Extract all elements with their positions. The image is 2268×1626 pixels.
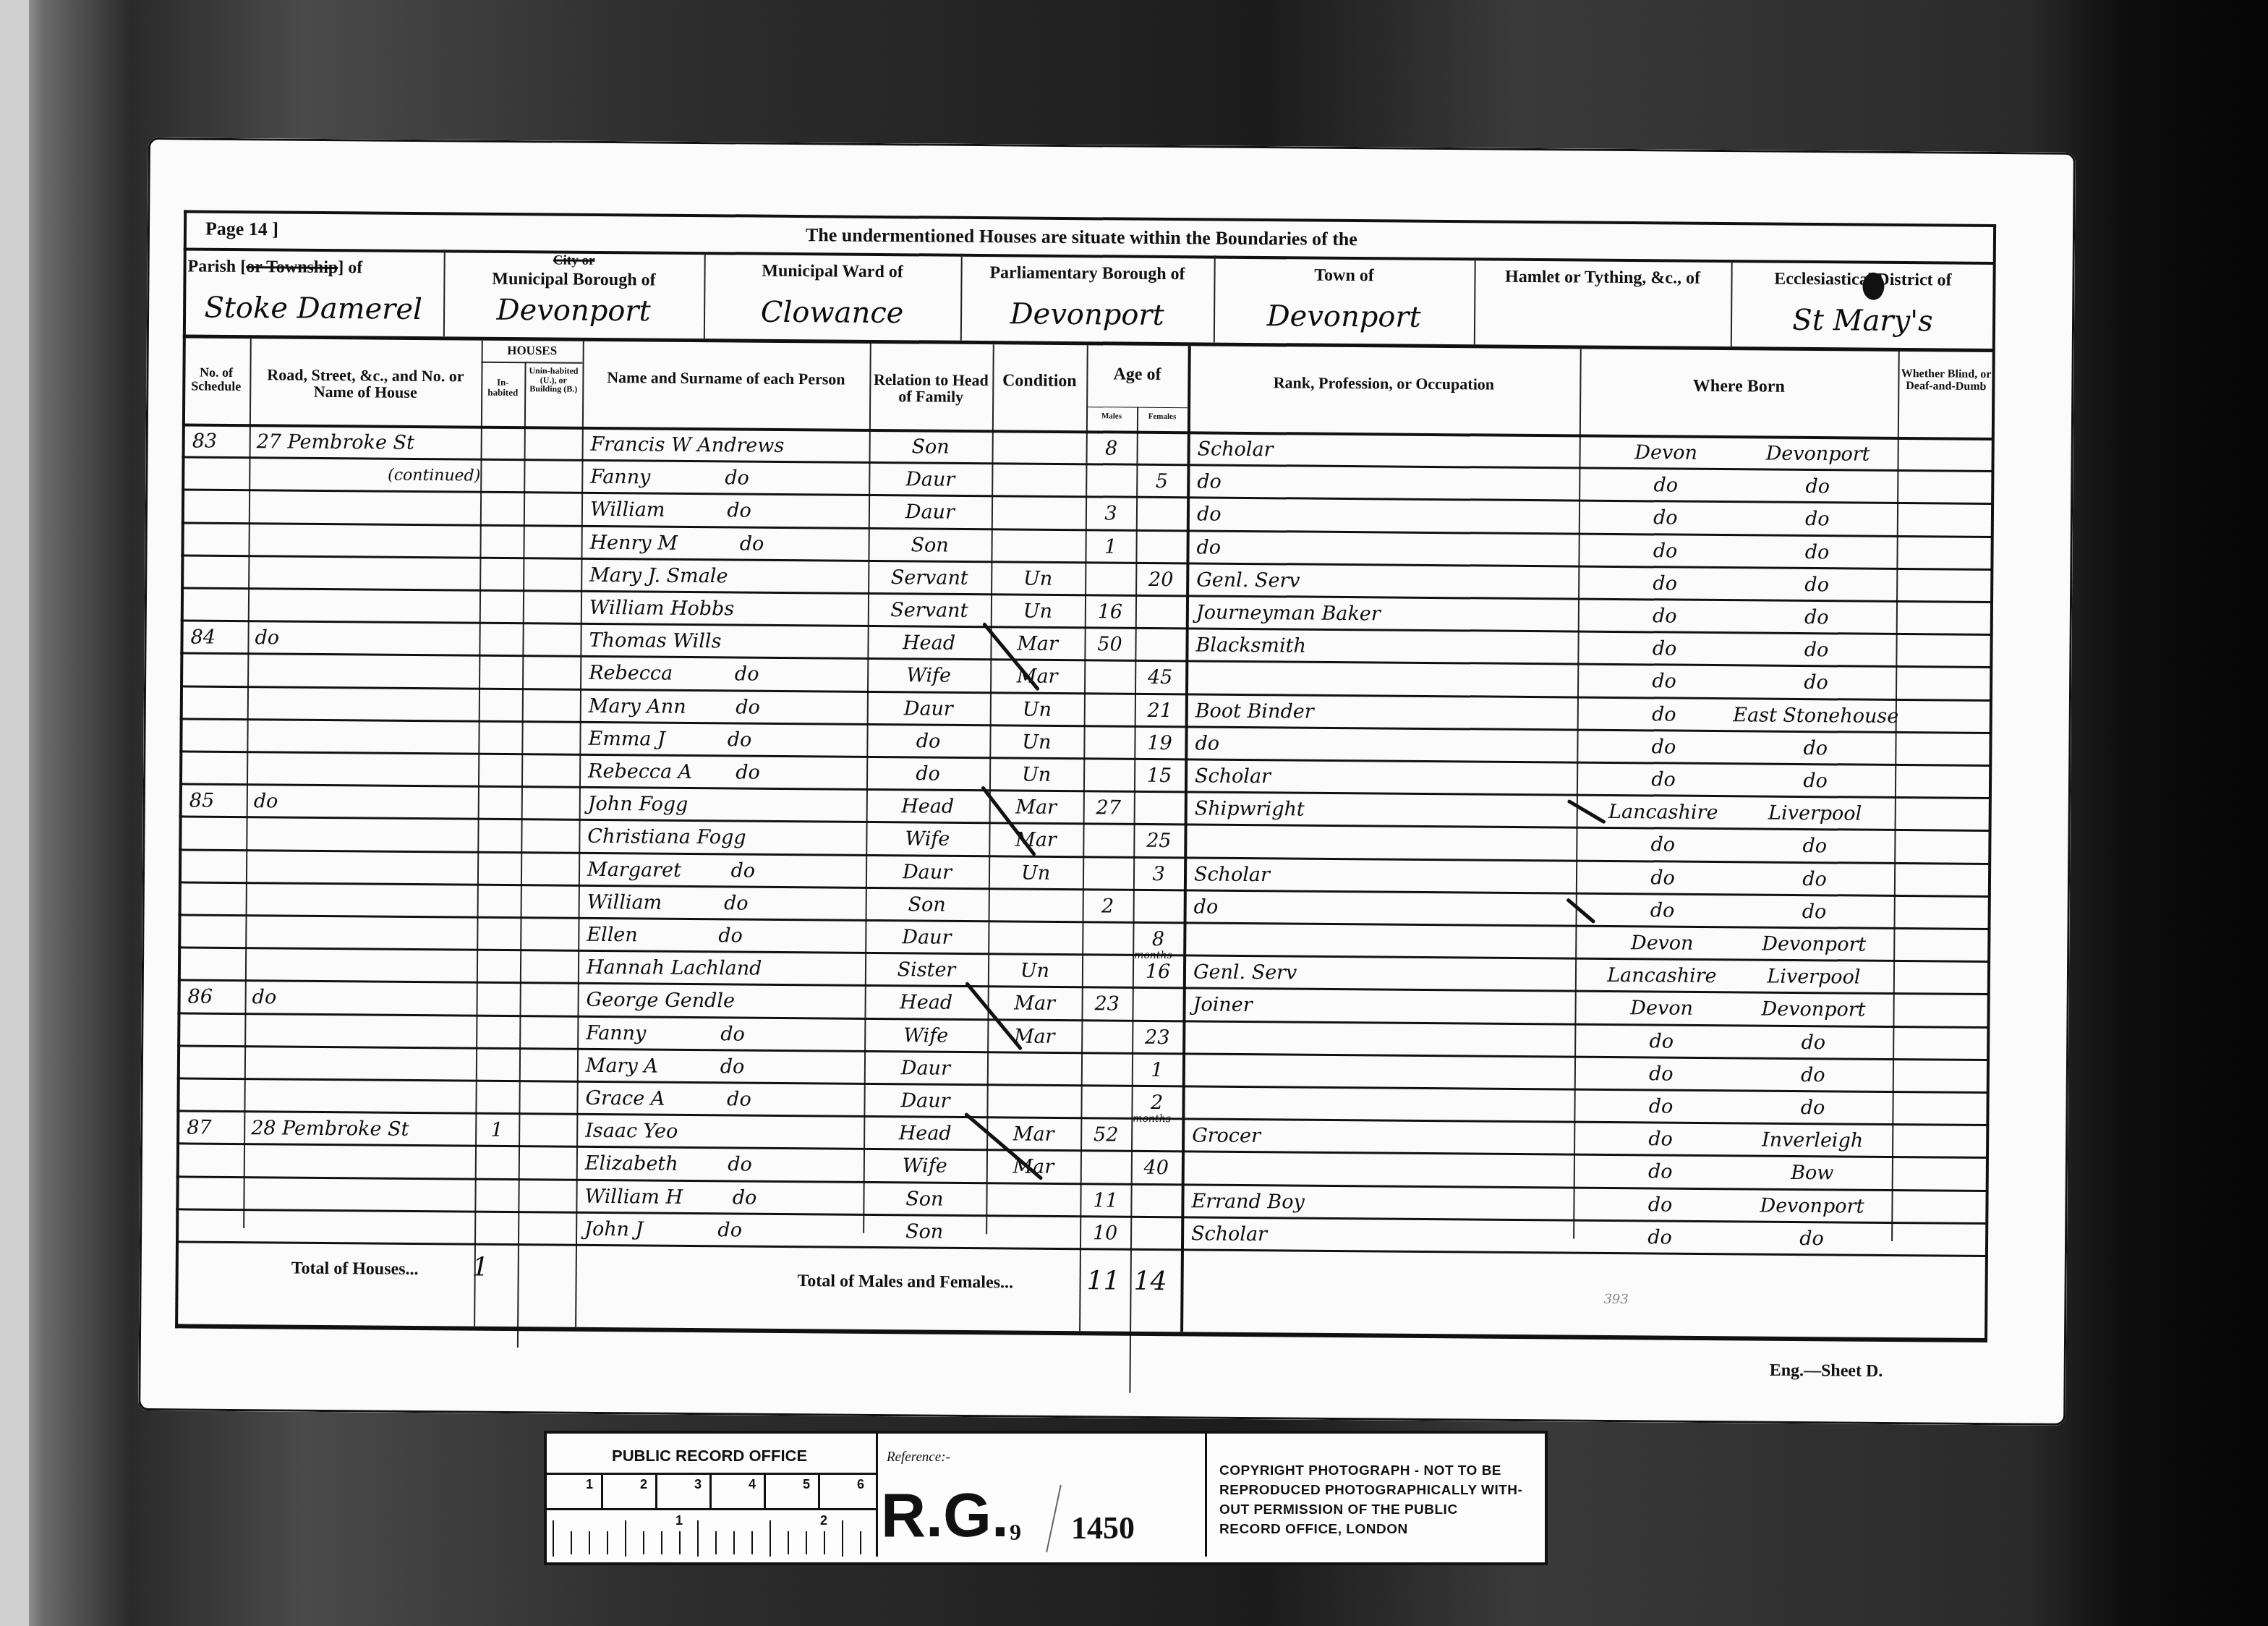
copyright-line: OUT PERMISSION OF THE PUBLIC bbox=[1219, 1500, 1522, 1520]
inhabited-cell bbox=[474, 1212, 518, 1244]
total-males-value: 11 bbox=[1086, 1266, 1120, 1295]
boundary-label: Municipal Borough of bbox=[448, 270, 699, 290]
total-females-value: 14 bbox=[1133, 1267, 1167, 1296]
schedule-cell bbox=[188, 948, 245, 982]
occupation-cell: Blacksmith bbox=[1195, 629, 1577, 665]
male-age-cell: 11 bbox=[1080, 1184, 1130, 1217]
road-cell bbox=[254, 720, 478, 754]
schedule-cell: 83 bbox=[192, 425, 250, 458]
female-age-cell: 23 bbox=[1132, 1021, 1182, 1054]
column-header-schedule: No. of Schedule bbox=[185, 365, 247, 393]
road-cell bbox=[255, 589, 479, 623]
female-age-cell bbox=[1135, 530, 1186, 563]
condition-cell: Mar bbox=[989, 791, 1083, 824]
scale-divider bbox=[655, 1474, 657, 1508]
birth-county-cell: do bbox=[1587, 1188, 1732, 1222]
name-cell: Mary J. Smale bbox=[589, 559, 868, 594]
boundary-value: Devonport bbox=[1228, 299, 1459, 335]
boundary-label: Parish [or Township] of bbox=[187, 257, 439, 278]
condition-cell bbox=[992, 497, 1086, 530]
birth-place-cell: do bbox=[1733, 1091, 1892, 1125]
relation-cell: Sister bbox=[865, 953, 988, 987]
ruler-tick bbox=[842, 1520, 843, 1557]
uninhabited-cell bbox=[521, 754, 579, 788]
occupation-cell: Journeyman Baker bbox=[1196, 596, 1578, 631]
pro-office-name: PUBLIC RECORD OFFICE bbox=[612, 1447, 807, 1465]
male-age-cell bbox=[1083, 726, 1134, 759]
birth-place-cell: do bbox=[1736, 666, 1896, 700]
inhabited-cell bbox=[478, 787, 521, 820]
inhabited-cell bbox=[479, 656, 522, 689]
road-cell bbox=[252, 916, 477, 950]
male-age-cell: 50 bbox=[1084, 628, 1135, 661]
birth-place-cell: do bbox=[1732, 1222, 1891, 1256]
condition-cell bbox=[988, 921, 1082, 955]
census-page: Page 14 ] The undermentioned Houses are … bbox=[138, 137, 2076, 1426]
inhabited-cell bbox=[476, 983, 519, 1016]
rule-top bbox=[184, 210, 1995, 227]
occupation-cell: Shipwright bbox=[1195, 793, 1577, 828]
road-cell bbox=[254, 752, 478, 786]
inhabited-cell bbox=[478, 721, 521, 754]
inhabited-cell bbox=[475, 1146, 519, 1179]
inhabited-cell bbox=[480, 460, 524, 493]
birth-county-cell: do bbox=[1588, 1155, 1733, 1189]
birth-place-cell: Devonport bbox=[1738, 437, 1897, 471]
uninhabited-cell bbox=[523, 526, 581, 559]
copyright-line: RECORD OFFICE, LONDON bbox=[1219, 1520, 1522, 1539]
ruler-tick bbox=[860, 1531, 861, 1554]
female-age-cell: 21 bbox=[1135, 694, 1185, 727]
pro-copyright: COPYRIGHT PHOTOGRAPH - NOT TO BEREPRODUC… bbox=[1219, 1461, 1522, 1539]
uninhabited-cell bbox=[519, 983, 577, 1016]
column-header-road: Road, Street, &c., and No. or Name of Ho… bbox=[252, 366, 478, 401]
inhabited-cell bbox=[477, 918, 520, 950]
road-cell: do bbox=[255, 621, 479, 655]
scale-number: 6 bbox=[857, 1477, 864, 1492]
birth-place-cell: do bbox=[1738, 469, 1897, 503]
uninhabited-cell bbox=[521, 853, 579, 886]
birth-county-cell: do bbox=[1590, 893, 1734, 927]
birth-county-cell: Devon bbox=[1589, 992, 1734, 1026]
total-houses-value: 1 bbox=[472, 1253, 489, 1282]
occupation-cell: Joiner bbox=[1193, 989, 1574, 1024]
name-cell: William H do bbox=[584, 1180, 863, 1214]
uninhabited-cell bbox=[524, 460, 581, 493]
relation-cell: Son bbox=[866, 888, 989, 921]
scale-number: 1 bbox=[675, 1513, 683, 1528]
condition-cell: Mar bbox=[989, 824, 1083, 857]
relation-cell: Daur bbox=[866, 855, 989, 888]
birth-place-cell: do bbox=[1738, 503, 1897, 537]
ruler-tick bbox=[571, 1531, 572, 1554]
ruler-tick bbox=[607, 1531, 608, 1554]
inhabited-cell bbox=[479, 689, 522, 721]
male-age-cell bbox=[1086, 464, 1136, 498]
birth-county-cell: do bbox=[1590, 828, 1735, 862]
birth-county-cell: Devon bbox=[1590, 927, 1734, 961]
inhabited-cell bbox=[477, 820, 521, 852]
column-header-age: Age of bbox=[1086, 365, 1188, 384]
ruler-tick bbox=[806, 1531, 807, 1554]
name-cell: William do bbox=[590, 493, 869, 528]
condition-cell bbox=[987, 1052, 1081, 1086]
name-cell: Francis W Andrews bbox=[591, 428, 869, 463]
uninhabited-cell bbox=[519, 1081, 576, 1115]
birth-county-cell: do bbox=[1589, 1024, 1734, 1058]
boundary-value: Stoke Damerel bbox=[197, 291, 429, 327]
birth-county-cell: do bbox=[1593, 534, 1737, 568]
birth-place-cell: do bbox=[1734, 895, 1893, 929]
inhabited-cell bbox=[479, 558, 523, 590]
birth-place-cell: do bbox=[1737, 600, 1896, 634]
female-age-cell: 45 bbox=[1135, 661, 1185, 694]
road-cell bbox=[251, 1145, 475, 1179]
uninhabited-cell bbox=[521, 787, 579, 820]
rule-bottom bbox=[175, 1324, 1987, 1342]
struck-text: or Township bbox=[246, 257, 338, 277]
road-cell bbox=[250, 1210, 474, 1244]
birth-county-cell: do bbox=[1587, 1220, 1732, 1254]
female-age-cell bbox=[1133, 890, 1184, 924]
name-cell: William Hobbs bbox=[589, 592, 868, 626]
relation-cell: Daur bbox=[869, 495, 992, 529]
uninhabited-cell bbox=[523, 558, 581, 592]
rule-boundaries bbox=[183, 334, 1995, 352]
birth-place-cell: Devonport bbox=[1734, 993, 1893, 1027]
schedule-cell bbox=[187, 1078, 244, 1112]
condition-cell: Un bbox=[988, 954, 1082, 987]
inhabited-cell bbox=[476, 1016, 519, 1048]
name-cell: Rebecca A do bbox=[588, 755, 866, 790]
column-header-blind: Whether Blind, or Deaf-and-Dumb bbox=[1901, 368, 1991, 393]
boundary-divider bbox=[1474, 257, 1476, 344]
male-age-cell: 27 bbox=[1083, 791, 1134, 825]
road-cell: do bbox=[252, 982, 476, 1016]
boundary-label: Hamlet or Tything, &c., of bbox=[1478, 268, 1726, 288]
boundary-divider bbox=[704, 252, 706, 339]
road-cell bbox=[253, 851, 477, 885]
occupation-cell: Genl. Serv bbox=[1193, 956, 1575, 992]
sheet-label: Eng.—Sheet D. bbox=[1770, 1362, 1883, 1381]
male-age-cell bbox=[1084, 661, 1135, 694]
houses-divider bbox=[482, 362, 583, 364]
uninhabited-cell bbox=[522, 623, 580, 657]
female-age-cell bbox=[1134, 792, 1185, 825]
birth-county-cell: do bbox=[1593, 469, 1738, 503]
female-age-cell: 40 bbox=[1131, 1152, 1182, 1185]
scale-divider bbox=[601, 1474, 603, 1508]
relation-cell: Head bbox=[864, 1117, 986, 1150]
birth-county-cell: do bbox=[1592, 632, 1736, 666]
birth-county-cell: Lancashire bbox=[1591, 796, 1736, 830]
total-persons-label: Total of Males and Females... bbox=[798, 1272, 1014, 1293]
road-cell bbox=[250, 1178, 474, 1212]
banner-title: The undermentioned Houses are situate wi… bbox=[806, 225, 1357, 249]
column-header-uninhabited: Unin-habited (U.), or Building (B.) bbox=[526, 366, 581, 393]
birth-place-cell: Devonport bbox=[1734, 927, 1893, 961]
schedule-cell bbox=[192, 490, 249, 524]
relation-cell: Daur bbox=[865, 921, 988, 954]
female-age-cell: 1 bbox=[1132, 1054, 1182, 1087]
inhabited-cell bbox=[475, 1081, 519, 1114]
male-age-cell: 2 bbox=[1083, 890, 1133, 923]
name-cell: Christiana Fogg bbox=[587, 820, 866, 855]
relation-cell: Daur bbox=[864, 1052, 987, 1085]
male-age-cell bbox=[1080, 1086, 1131, 1119]
schedule-cell: 87 bbox=[187, 1112, 244, 1145]
road-cell bbox=[252, 1014, 476, 1048]
schedule-cell bbox=[186, 1209, 243, 1243]
boundary-value bbox=[1488, 302, 1716, 303]
occupation-cell: Scholar bbox=[1195, 759, 1577, 795]
birth-county-cell: do bbox=[1593, 600, 1737, 634]
age-months-note: months bbox=[1133, 1113, 1171, 1125]
inhabited-cell bbox=[478, 754, 521, 787]
scale-number: 4 bbox=[749, 1477, 756, 1492]
male-age-cell: 3 bbox=[1086, 498, 1136, 531]
copyright-line: REPRODUCED PHOTOGRAPHICALLY WITH- bbox=[1219, 1481, 1522, 1500]
relation-cell: Son bbox=[869, 430, 992, 464]
occupation-cell: do bbox=[1197, 498, 1579, 534]
name-cell: Rebecca do bbox=[589, 657, 867, 691]
road-cell bbox=[255, 556, 479, 590]
name-cell: Fanny do bbox=[590, 461, 869, 495]
condition-cell: Un bbox=[989, 758, 1083, 791]
condition-cell: Mar bbox=[987, 987, 1081, 1021]
schedule-cell bbox=[188, 915, 245, 948]
birth-county-cell: do bbox=[1588, 1123, 1733, 1157]
occupation-cell: Scholar bbox=[1197, 433, 1579, 468]
birth-county-cell: do bbox=[1593, 501, 1738, 535]
name-cell: Henry M do bbox=[589, 526, 868, 561]
relation-cell: Daur bbox=[864, 1084, 986, 1118]
birth-county-cell: do bbox=[1591, 730, 1736, 764]
birth-place-cell: Bow bbox=[1733, 1157, 1892, 1191]
column-header-relation: Relation to Head of Family bbox=[872, 371, 989, 405]
female-age-cell bbox=[1136, 433, 1187, 466]
inhabited-cell bbox=[479, 525, 523, 558]
road-cell bbox=[255, 687, 479, 721]
boundary-label: Municipal Ward of bbox=[708, 262, 956, 282]
condition-cell bbox=[992, 464, 1086, 497]
uninhabited-cell bbox=[519, 1049, 577, 1082]
male-age-cell bbox=[1085, 563, 1135, 596]
relation-cell: Head bbox=[866, 790, 989, 823]
column-header-males: Males bbox=[1086, 412, 1137, 421]
uninhabited-cell bbox=[521, 722, 579, 755]
scale-number: 2 bbox=[820, 1513, 827, 1528]
female-age-cell bbox=[1130, 1184, 1181, 1217]
occupation-cell: do bbox=[1196, 531, 1578, 566]
name-cell: Hannah Lachland bbox=[587, 951, 865, 986]
uninhabited-cell bbox=[523, 591, 581, 624]
inhabited-cell bbox=[480, 493, 524, 525]
name-cell: Fanny do bbox=[586, 1016, 864, 1051]
occupation-cell: Scholar bbox=[1191, 1217, 1573, 1253]
ruler-tick bbox=[751, 1531, 753, 1554]
pro-series: R.G. bbox=[881, 1480, 1009, 1551]
road-cell bbox=[256, 491, 480, 525]
schedule-cell: 84 bbox=[190, 621, 247, 655]
pro-class: 9 bbox=[1010, 1519, 1021, 1546]
occupation-cell bbox=[1194, 825, 1576, 861]
boundary-label: Parliamentary Borough of bbox=[965, 264, 1209, 284]
occupation-cell: Boot Binder bbox=[1195, 694, 1577, 730]
name-cell: Margaret do bbox=[587, 853, 866, 888]
female-age-cell: 19 bbox=[1134, 727, 1185, 760]
condition-cell: Un bbox=[991, 595, 1085, 628]
boundary-value: Devonport bbox=[458, 293, 689, 328]
female-age-cell bbox=[1132, 988, 1182, 1021]
road-cell bbox=[252, 1047, 476, 1081]
occupation-cell bbox=[1193, 1054, 1574, 1089]
schedule-cell bbox=[189, 817, 246, 851]
total-houses-label: Total of Houses... bbox=[291, 1260, 419, 1280]
road-cell: 28 Pembroke St bbox=[251, 1112, 475, 1146]
male-age-cell: 8 bbox=[1086, 432, 1136, 465]
boundary-label: Town of bbox=[1218, 266, 1470, 286]
relation-cell: Son bbox=[868, 528, 991, 561]
ruler-tick bbox=[733, 1531, 735, 1554]
birth-place-cell: do bbox=[1736, 731, 1895, 765]
birth-county-cell: do bbox=[1590, 861, 1735, 895]
birth-place-cell: Inverleigh bbox=[1733, 1123, 1892, 1157]
uninhabited-cell bbox=[518, 1212, 576, 1246]
male-age-cell bbox=[1081, 1053, 1132, 1086]
uninhabited-cell bbox=[520, 918, 578, 951]
column-header-females: Females bbox=[1137, 413, 1188, 422]
inhabited-cell bbox=[474, 1179, 518, 1212]
margin-note: 393 bbox=[1603, 1292, 1629, 1307]
ink-blot bbox=[1862, 273, 1884, 300]
male-age-cell bbox=[1082, 922, 1133, 955]
ruler-tick bbox=[715, 1531, 717, 1554]
name-cell: William do bbox=[587, 886, 866, 921]
relation-cell: do bbox=[866, 757, 989, 791]
male-age-cell bbox=[1083, 825, 1133, 858]
occupation-cell: Errand Boy bbox=[1191, 1185, 1573, 1220]
schedule-cell bbox=[187, 1144, 244, 1178]
road-cell: (continued) bbox=[256, 458, 495, 493]
female-age-cell bbox=[1135, 596, 1186, 629]
male-age-cell: 16 bbox=[1085, 595, 1135, 629]
birth-place-cell: Liverpool bbox=[1736, 796, 1895, 830]
name-cell: Mary Ann do bbox=[589, 689, 867, 724]
male-age-cell: 1 bbox=[1085, 530, 1135, 563]
male-age-cell bbox=[1082, 955, 1133, 988]
schedule-cell bbox=[187, 1046, 244, 1079]
pro-reference-label: PUBLIC RECORD OFFICE 123456 12 Reference… bbox=[544, 1431, 1548, 1565]
name-cell: John Fogg bbox=[588, 788, 866, 822]
scale-divider bbox=[709, 1474, 712, 1508]
condition-cell bbox=[991, 529, 1085, 563]
schedule-cell: 85 bbox=[189, 785, 247, 818]
relation-cell: Servant bbox=[868, 594, 991, 627]
road-cell bbox=[255, 524, 479, 558]
column-header-born: Where Born bbox=[1582, 377, 1895, 398]
schedule-cell: 86 bbox=[187, 981, 244, 1014]
column-header-houses: HOUSES bbox=[482, 344, 583, 358]
relation-cell: Servant bbox=[868, 561, 991, 595]
birth-county-cell: Devon bbox=[1593, 436, 1738, 470]
page-label: Page 14 ] bbox=[205, 219, 278, 239]
birth-place-cell: do bbox=[1735, 862, 1894, 896]
name-cell: John J do bbox=[584, 1213, 863, 1248]
condition-cell: Mar bbox=[986, 1151, 1080, 1184]
schedule-cell bbox=[190, 686, 247, 720]
birth-county-cell: do bbox=[1592, 665, 1736, 699]
column-header-inhabited: In-habited bbox=[482, 378, 523, 398]
relation-cell: Wife bbox=[864, 1018, 987, 1052]
inhabited-cell bbox=[481, 427, 524, 460]
condition-cell bbox=[986, 1183, 1080, 1217]
female-age-cell: 5 bbox=[1136, 465, 1187, 498]
occupation-cell bbox=[1193, 1021, 1574, 1057]
female-age-cell: 3 bbox=[1133, 857, 1184, 890]
name-cell: George Gendle bbox=[586, 984, 864, 1018]
boundary-label-struck: City or bbox=[444, 252, 704, 269]
birth-county-cell: Lancashire bbox=[1590, 959, 1734, 993]
relation-cell: Wife bbox=[867, 659, 990, 692]
uninhabited-cell bbox=[519, 1146, 576, 1180]
ruler-tick bbox=[661, 1531, 662, 1554]
male-age-cell: 10 bbox=[1080, 1217, 1130, 1250]
uninhabited-cell bbox=[519, 1114, 576, 1147]
schedule-cell bbox=[189, 850, 246, 883]
boundary-value: St Mary's bbox=[1745, 303, 1980, 339]
occupation-cell: Grocer bbox=[1192, 1120, 1574, 1155]
schedule-cell bbox=[190, 654, 247, 687]
male-age-cell: 52 bbox=[1080, 1118, 1131, 1152]
road-cell: do bbox=[254, 785, 478, 819]
ruler-tick bbox=[788, 1531, 789, 1554]
boundary-divider bbox=[1214, 256, 1216, 343]
scale-divider bbox=[818, 1474, 820, 1508]
inhabited-cell bbox=[477, 852, 521, 885]
condition-cell bbox=[986, 1085, 1080, 1118]
female-age-cell bbox=[1130, 1217, 1181, 1251]
column-header-occupation: Rank, Profession, or Occupation bbox=[1190, 373, 1577, 393]
uninhabited-cell bbox=[521, 885, 579, 919]
schedule-cell bbox=[189, 719, 247, 752]
occupation-cell bbox=[1192, 1152, 1574, 1188]
schedule-cell bbox=[189, 882, 246, 916]
birth-county-cell: do bbox=[1591, 763, 1736, 797]
uninhabited-cell bbox=[524, 493, 581, 526]
inhabited-cell bbox=[476, 1048, 519, 1081]
condition-cell: Un bbox=[990, 693, 1084, 726]
ruler-tick bbox=[625, 1520, 626, 1557]
pro-piece: 1450 bbox=[1071, 1510, 1135, 1546]
occupation-cell: Genl. Serv bbox=[1196, 563, 1578, 599]
uninhabited-cell bbox=[520, 950, 578, 984]
female-age-cell bbox=[1136, 498, 1187, 531]
column-header-condition: Condition bbox=[995, 372, 1083, 391]
birth-place-cell: Liverpool bbox=[1734, 960, 1893, 994]
name-cell: Grace A do bbox=[585, 1082, 864, 1117]
schedule-cell bbox=[187, 1013, 244, 1047]
inhabited-cell bbox=[477, 950, 520, 983]
birth-county-cell: do bbox=[1592, 697, 1736, 731]
boundary-divider bbox=[960, 254, 963, 341]
inhabited-cell bbox=[477, 885, 521, 917]
birth-place-cell: do bbox=[1734, 1058, 1893, 1092]
ruler-tick bbox=[679, 1531, 681, 1554]
uninhabited-cell bbox=[522, 689, 580, 723]
boundary-divider bbox=[1731, 260, 1733, 346]
birth-place-cell: do bbox=[1734, 1026, 1893, 1060]
